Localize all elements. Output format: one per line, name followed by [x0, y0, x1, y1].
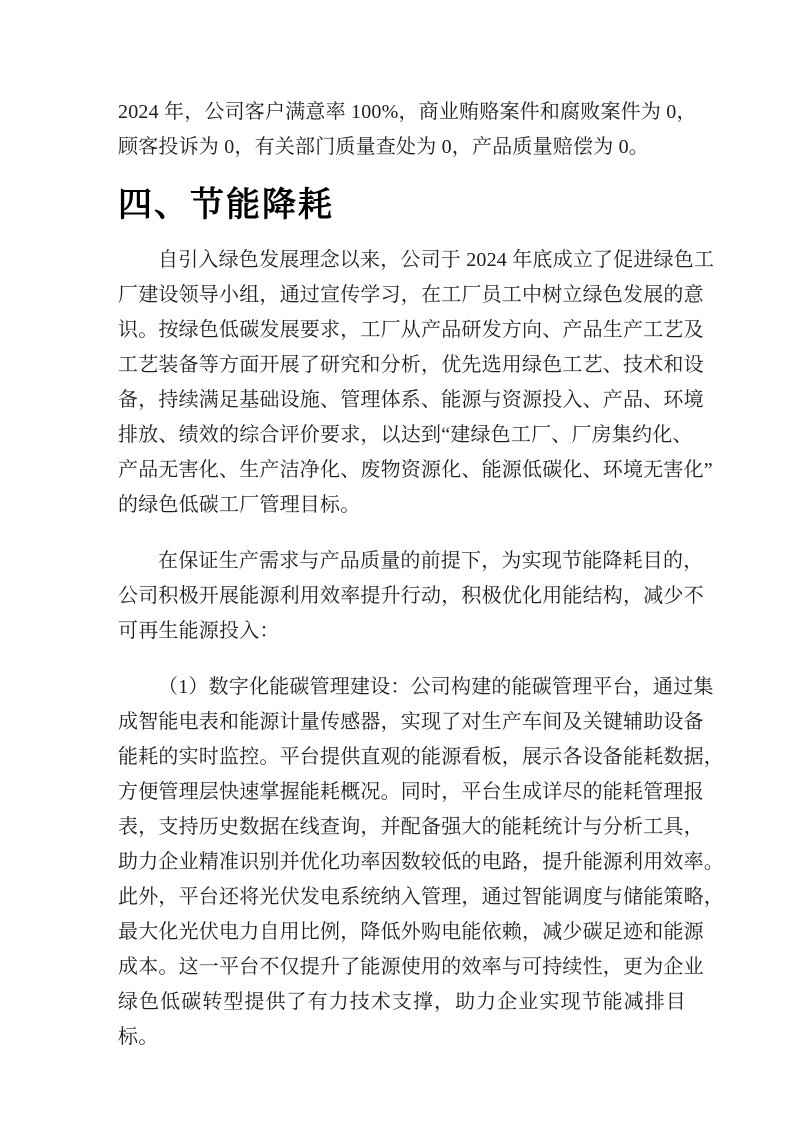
paragraph-line: 厂建设领导小组，通过宣传学习，在工厂员工中树立绿色发展的意	[118, 278, 686, 313]
paragraph-line: 2024 年，公司客户满意率 100%，商业贿赂案件和腐败案件为 0，	[118, 95, 686, 130]
paragraph: 自引入绿色发展理念以来，公司于 2024 年底成立了促进绿色工厂建设领导小组，通…	[118, 243, 686, 523]
paragraph-line: 的绿色低碳工厂管理目标。	[118, 488, 686, 523]
paragraph-line: 排放、绩效的综合评价要求，以达到“建绿色工厂、厂房集约化、	[118, 418, 686, 453]
document-content: 2024 年，公司客户满意率 100%，商业贿赂案件和腐败案件为 0，顾客投诉为…	[118, 95, 686, 1055]
paragraph-line: 在保证生产需求与产品质量的前提下，为实现节能降耗目的，	[118, 544, 686, 579]
paragraph-line: 表，支持历史数据在线查询，并配备强大的能耗统计与分析工具，	[118, 810, 686, 845]
paragraph-line: 最大化光伏电力自用比例，降低外购电能依赖，减少碳足迹和能源	[118, 915, 686, 950]
paragraph-line: 识。按绿色低碳发展要求，工厂从产品研发方向、产品生产工艺及	[118, 313, 686, 348]
paragraph-line: 工艺装备等方面开展了研究和分析，优先选用绿色工艺、技术和设	[118, 348, 686, 383]
document-page: 2024 年，公司客户满意率 100%，商业贿赂案件和腐败案件为 0，顾客投诉为…	[0, 0, 800, 1131]
paragraph-line: 能耗的实时监控。平台提供直观的能源看板，展示各设备能耗数据，	[118, 740, 686, 775]
paragraph-line: 助力企业精准识别并优化功率因数较低的电路，提升能源利用效率。	[118, 845, 686, 880]
paragraph: 在保证生产需求与产品质量的前提下，为实现节能降耗目的，公司积极开展能源利用效率提…	[118, 544, 686, 649]
paragraph-line: 公司积极开展能源利用效率提升行动，积极优化用能结构，减少不	[118, 579, 686, 614]
paragraph: 2024 年，公司客户满意率 100%，商业贿赂案件和腐败案件为 0，顾客投诉为…	[118, 95, 686, 165]
paragraph-line: 产品无害化、生产洁净化、废物资源化、能源低碳化、环境无害化”	[118, 453, 686, 488]
paragraph-line: （1）数字化能碳管理建设：公司构建的能碳管理平台，通过集	[118, 670, 686, 705]
paragraph-line: 此外，平台还将光伏发电系统纳入管理，通过智能调度与储能策略，	[118, 880, 686, 915]
paragraph-line: 备，持续满足基础设施、管理体系、能源与资源投入、产品、环境	[118, 383, 686, 418]
paragraph-line: 成本。这一平台不仅提升了能源使用的效率与可持续性，更为企业	[118, 950, 686, 985]
paragraph-line: 顾客投诉为 0，有关部门质量查处为 0，产品质量赔偿为 0。	[118, 130, 686, 165]
paragraph-line: 方便管理层快速掌握能耗概况。同时，平台生成详尽的能耗管理报	[118, 775, 686, 810]
section-heading: 四、节能降耗	[118, 183, 686, 227]
paragraph: （1）数字化能碳管理建设：公司构建的能碳管理平台，通过集成智能电表和能源计量传感…	[118, 670, 686, 1055]
paragraph-line: 自引入绿色发展理念以来，公司于 2024 年底成立了促进绿色工	[118, 243, 686, 278]
paragraph-line: 成智能电表和能源计量传感器，实现了对生产车间及关键辅助设备	[118, 705, 686, 740]
paragraph-line: 可再生能源投入：	[118, 614, 686, 649]
paragraph-line: 绿色低碳转型提供了有力技术支撑，助力企业实现节能减排目标。	[118, 985, 686, 1055]
